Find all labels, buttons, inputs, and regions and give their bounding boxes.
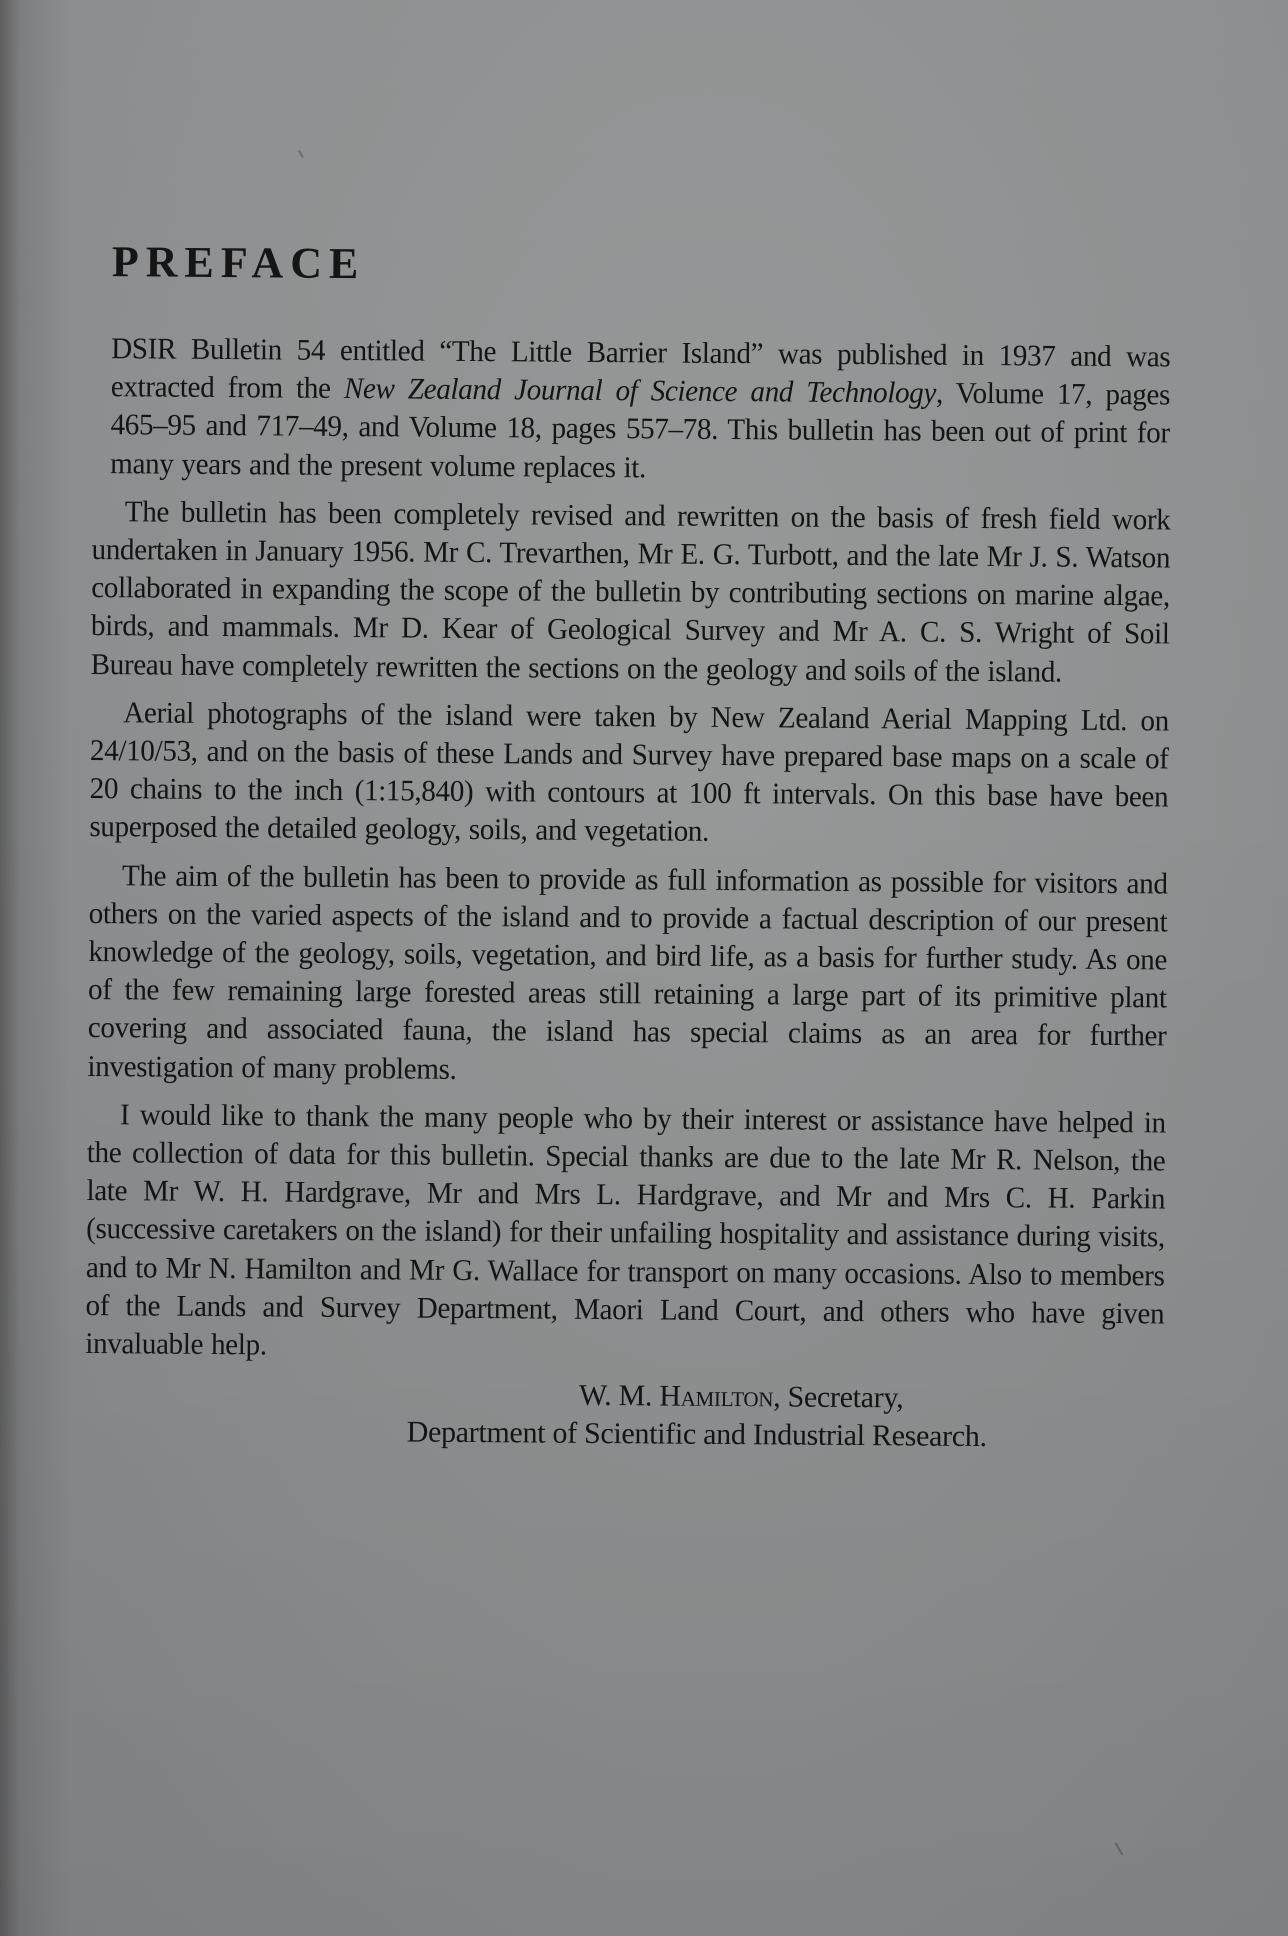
paragraph-3: Aerial photographs of the island were ta… — [89, 694, 1169, 855]
signature-block: W. M. Hamilton, Secretary, Department of… — [85, 1373, 1166, 1457]
paper-blemish — [1115, 1842, 1124, 1855]
signature-department: Department of Scientific and Industrial … — [85, 1411, 1165, 1457]
paragraph-1: DSIR Bulletin 54 entitled “The Little Ba… — [110, 330, 1170, 491]
paragraph-5: I would like to thank the many people wh… — [85, 1096, 1166, 1372]
book-page: PREFACE DSIR Bulletin 54 entitled “The L… — [0, 0, 1288, 1936]
paragraph-4: The aim of the bulletin has been to prov… — [87, 857, 1167, 1095]
paper-blemish — [298, 150, 304, 158]
journal-title: New Zealand Journal of Science and Techn… — [344, 372, 936, 410]
preface-content: PREFACE DSIR Bulletin 54 entitled “The L… — [85, 240, 1174, 1458]
page-title: PREFACE — [112, 240, 1174, 292]
signature-title: , Secretary, — [773, 1381, 903, 1415]
signature-initials: W. M. — [579, 1379, 660, 1413]
signature-surname: Hamilton — [659, 1380, 773, 1414]
paragraph-2: The bulletin has been completely revised… — [91, 493, 1171, 692]
